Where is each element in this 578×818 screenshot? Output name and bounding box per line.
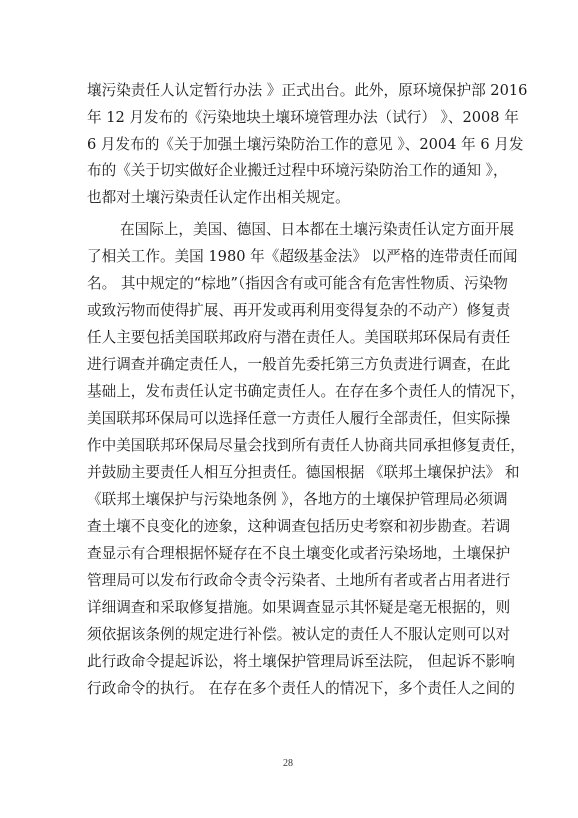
text-line: 名。 其中规定的“棕地”（指因含有或可能含有危害性物质、污染物 — [87, 274, 483, 294]
text-line: 《联邦土壤保护与污染地条例 》，各地方的土壤保护管理局必须调 — [87, 490, 483, 510]
text-line: 此行政命令提起诉讼，将土壤保护管理局诉至法院， 但起诉不影响 — [87, 652, 483, 672]
text-line: 布的《关于切实做好企业搬迁过程中环境污染防治工作的通知 》， — [87, 161, 483, 181]
text-line: 并鼓励主要责任人相互分担责任。德国根据 《联邦土壤保护法》 和 — [87, 463, 483, 483]
text-line: 须依据该条例的规定进行补偿。被认定的责任人不服认定则可以对 — [87, 625, 483, 645]
text-line: 了相关工作。美国 1980 年《超级基金法》 以严格的连带责任而闻 — [87, 247, 483, 267]
text-line: 管理局可以发布行政命令责令污染者、土地所有者或者占用者进行 — [87, 571, 483, 591]
text-line: 查显示有合理根据怀疑存在不良土壤变化或者污染场地，土壤保护 — [87, 544, 483, 564]
text-line: 年 12 月发布的《污染地块土壤环境管理办法（试行） 》、2008 年 — [87, 108, 483, 128]
text-line: 行政命令的执行。 在存在多个责任人的情况下，多个责任人之间的 — [87, 679, 483, 699]
document-page: 壤污染责任人认定暂行办法 》正式出台。此外，原环境保护部 2016 年 12 月… — [0, 0, 578, 818]
text-line: 6 月发布的《关于加强土壤污染防治工作的意见 》、2004 年 6 月发 — [87, 135, 483, 155]
page-number: 28 — [276, 758, 300, 770]
text-line: 也都对土壤污染责任认定作出相关规定。 — [87, 188, 483, 208]
text-line: 查土壤不良变化的迹象，这种调查包括历史考察和初步勘查。若调 — [87, 517, 483, 537]
text-line: 基础上，发布责任认定书确定责任人。在存在多个责任人的情况下， — [87, 382, 483, 402]
text-line: 美国联邦环保局可以选择任意一方责任人履行全部责任，但实际操 — [87, 409, 483, 429]
text-line: 任人主要包括美国联邦政府与潜在责任人。美国联邦环保局有责任 — [87, 328, 483, 348]
text-line: 详细调查和采取修复措施。如果调查显示其怀疑是毫无根据的，则 — [87, 598, 483, 618]
text-line: 作中美国联邦环保局尽量会找到所有责任人协商共同承担修复责任， — [87, 436, 483, 456]
text-line: 或致污物而使得扩展、再开发或再利用变得复杂的不动产）修复责 — [87, 301, 483, 321]
paragraph-first-line: 在国际上，美国、德国、日本都在土壤污染责任认定方面开展 — [120, 220, 483, 240]
text-line: 进行调查并确定责任人，一般首先委托第三方负责进行调查，在此 — [87, 355, 483, 375]
text-line: 壤污染责任人认定暂行办法 》正式出台。此外，原环境保护部 2016 — [87, 81, 483, 101]
